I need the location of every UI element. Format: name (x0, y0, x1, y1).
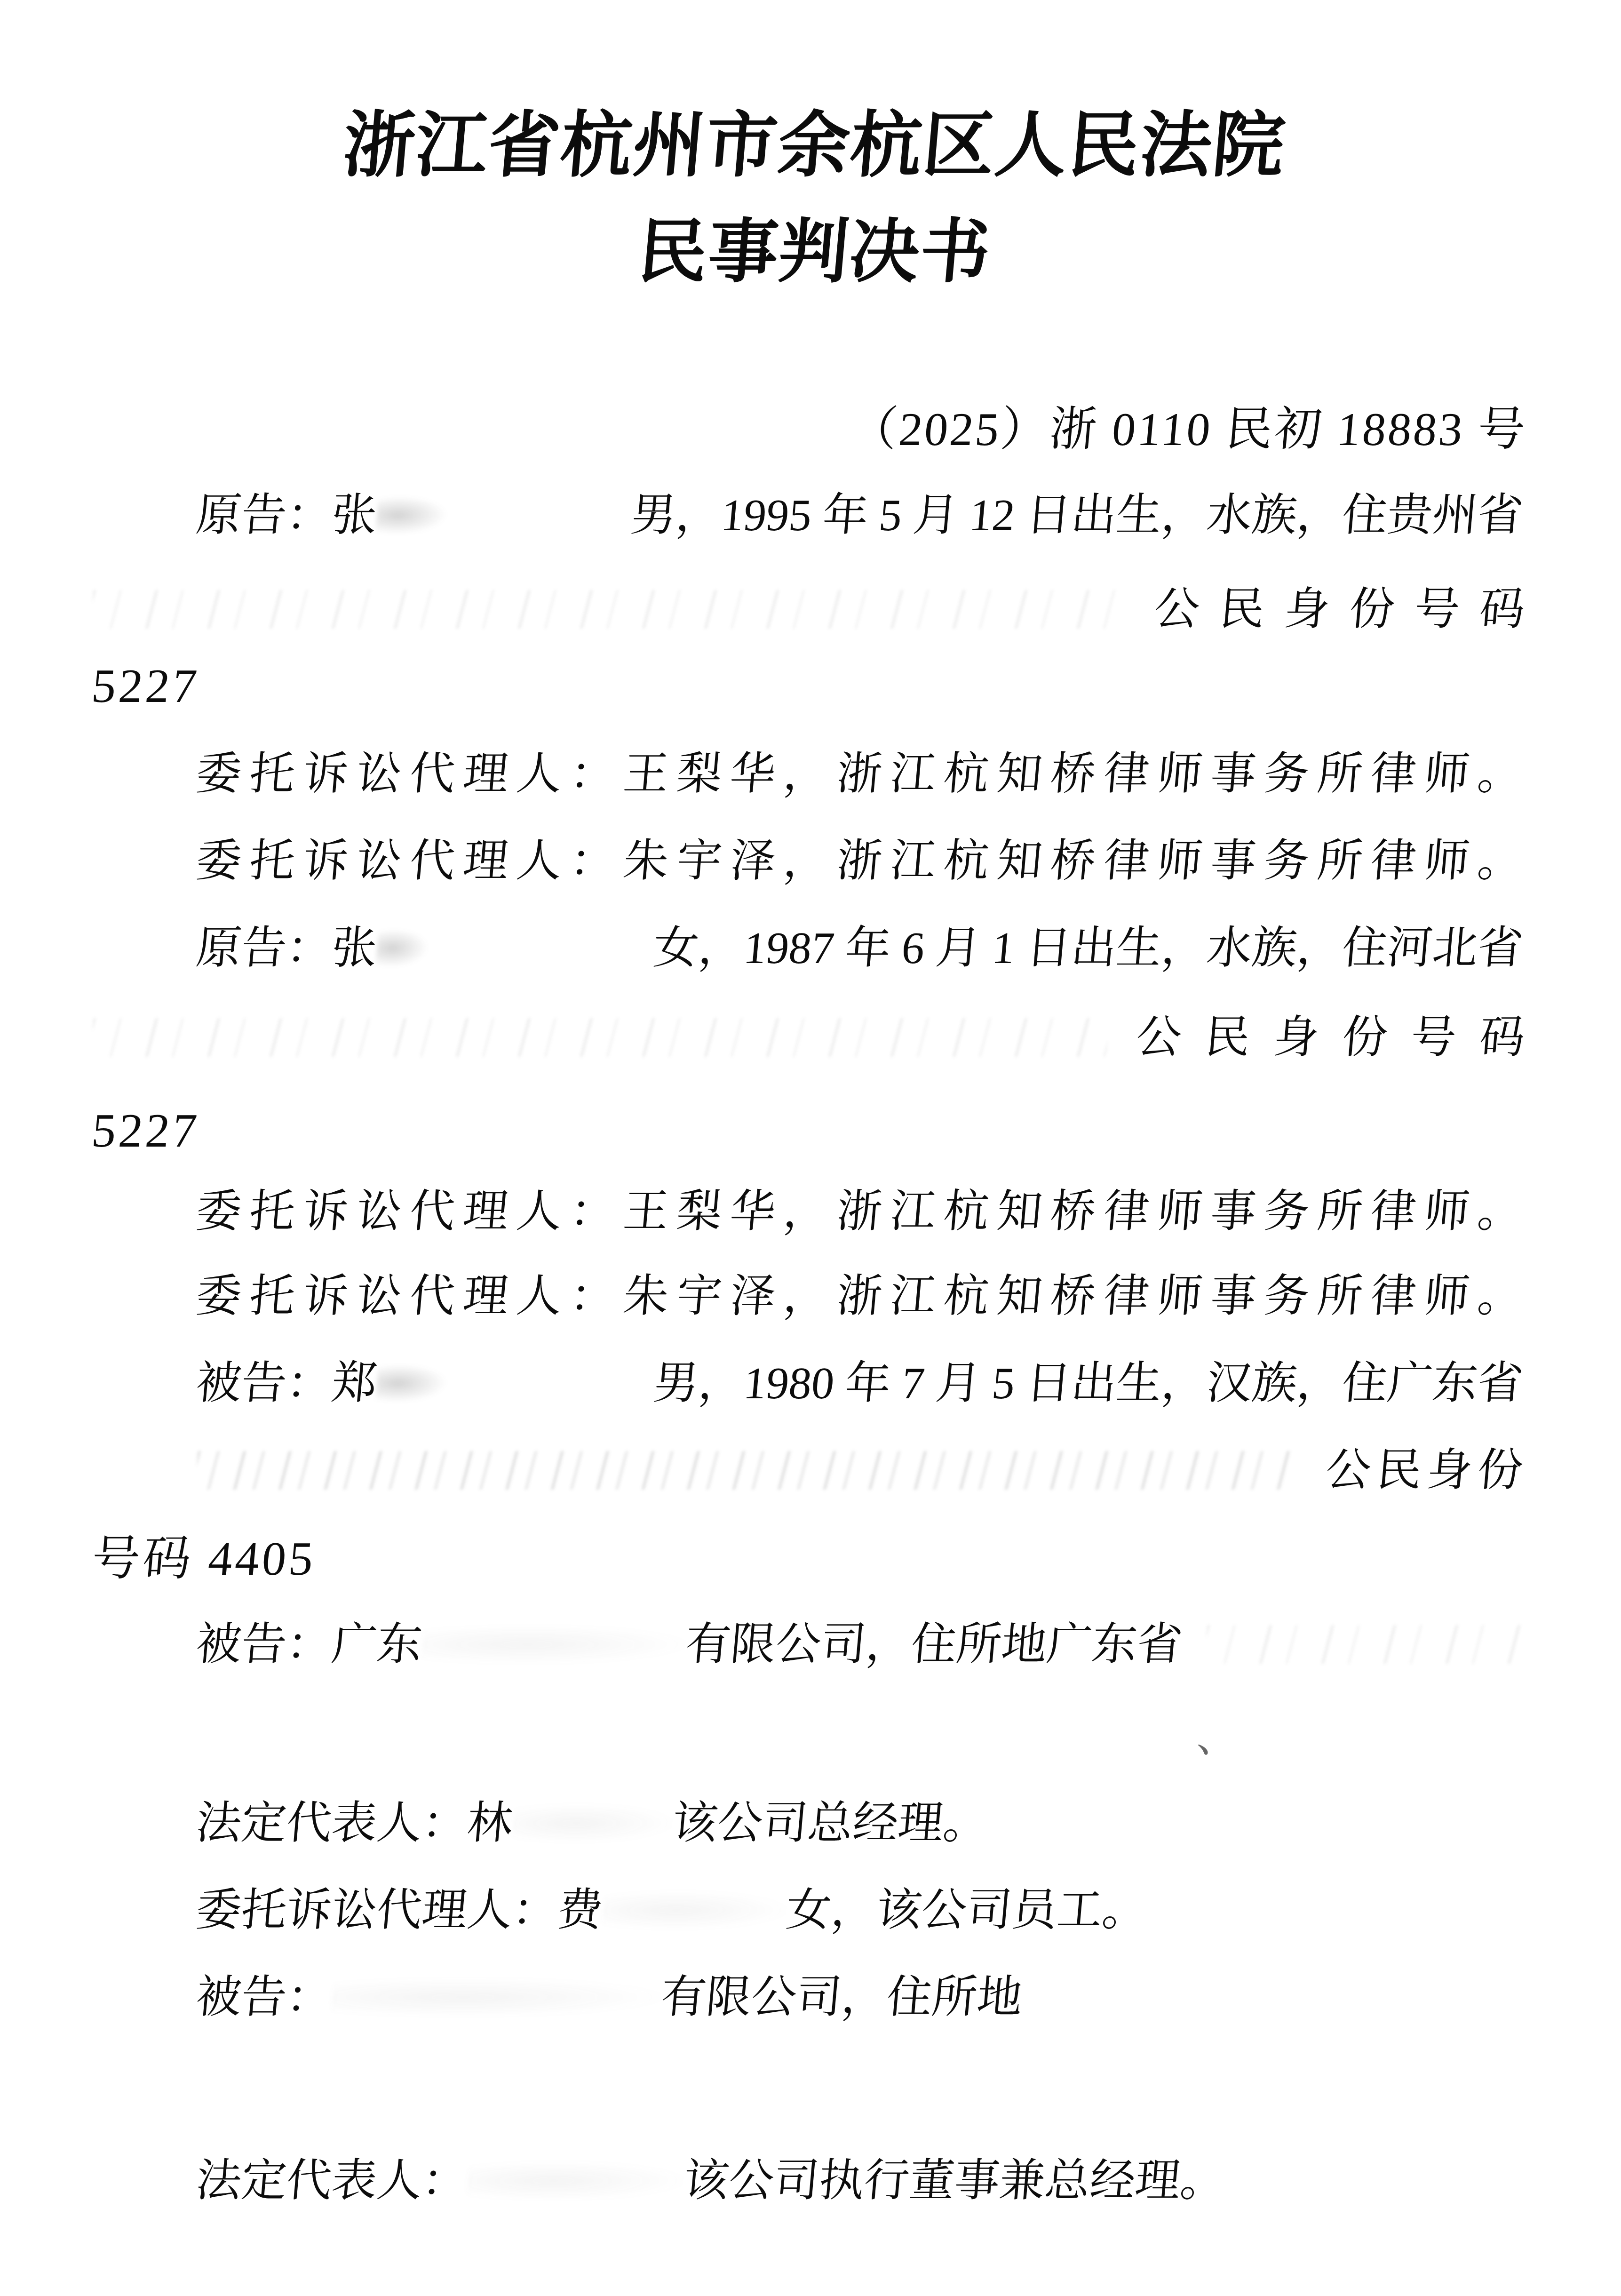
defendant2-rep-info: 该公司总经理。 (670, 1795, 991, 1851)
redacted-name-smudge (375, 496, 449, 534)
agent2-line: 委托诉讼代理人：朱宇泽，浙江杭知桥律师事务所律师。 (194, 833, 1525, 889)
defendant2-rep-line: 法定代表人：林 该公司总经理。 (194, 1795, 1525, 1851)
stray-punctuation-mark: 、 (1195, 1713, 1241, 1764)
plaintiff1-info: 男，1995 年 5 月 12 日出生，水族，住贵州省 (628, 487, 1525, 543)
defendant1-id-line: 公民身份 (194, 1442, 1525, 1499)
redacted-company-name (330, 1978, 663, 2017)
defendant2-agent-line: 委托诉讼代理人：费 女，该公司员工。 (194, 1882, 1525, 1938)
defendant3-rep-info: 该公司执行董事兼总经理。 (681, 2152, 1228, 2209)
redacted-address-ghost (90, 1018, 1110, 1057)
defendant2-rep-label: 法定代表人：林 (194, 1795, 515, 1851)
agent3-line: 委托诉讼代理人：王梨华，浙江杭知桥律师事务所律师。 (194, 1183, 1525, 1240)
defendant3-line: 被告： 有限公司，住所地 (194, 1969, 1525, 2025)
defendant2-info: 有限公司，住所地广东省 (683, 1616, 1184, 1673)
plaintiff2-id-label: 公民身份号码 (1134, 1009, 1550, 1066)
plaintiff2-label: 原告：张 (194, 920, 379, 976)
redacted-name-gap (511, 1804, 674, 1842)
plaintiff1-line: 原告：张 男，1995 年 5 月 12 日出生，水族，住贵州省 (194, 487, 1525, 543)
agent4-line: 委托诉讼代理人：朱宇泽，浙江杭知桥律师事务所律师。 (194, 1268, 1525, 1324)
plaintiff1-label: 原告：张 (194, 487, 379, 543)
redacted-name-smudge (375, 1364, 449, 1403)
defendant1-label: 被告：郑 (194, 1355, 379, 1411)
defendant3-label: 被告： (194, 1969, 334, 2025)
court-name: 浙江省杭州市余杭区人民法院 (0, 101, 1621, 191)
plaintiff2-line: 原告：张 女，1987 年 6 月 1 日出生，水族，住河北省 (194, 920, 1525, 976)
defendant2-line: 被告：广东 有限公司，住所地广东省 (194, 1616, 1525, 1673)
agent1-line: 委托诉讼代理人：王梨华，浙江杭知桥律师事务所律师。 (194, 746, 1525, 802)
case-number: （2025）浙 0110 民初 18883 号 (848, 400, 1529, 459)
defendant1-id-label: 公民身份 (1323, 1442, 1531, 1499)
redacted-address-ghost (195, 1451, 1300, 1490)
plaintiff1-id-number: 5227 (89, 656, 202, 717)
redacted-name-gap (466, 2161, 685, 2200)
defendant3-info: 有限公司，住所地 (659, 1969, 1025, 2025)
redacted-address-ghost (1204, 1625, 1525, 1664)
redacted-address-ghost (90, 590, 1128, 629)
plaintiff1-id-line: 公民身份号码 (89, 581, 1527, 638)
defendant2-label: 被告：广东 (194, 1616, 424, 1673)
defendant3-rep-label: 法定代表人： (194, 2152, 469, 2209)
redacted-name-gap (601, 1891, 788, 1929)
plaintiff2-info: 女，1987 年 6 月 1 日出生，水族，住河北省 (651, 920, 1525, 976)
plaintiff2-id-number: 5227 (89, 1101, 202, 1161)
redacted-name-smudge (375, 929, 430, 967)
defendant1-line: 被告：郑 男，1980 年 7 月 5 日出生，汉族，住广东省 (194, 1355, 1525, 1411)
document-type: 民事判决书 (0, 209, 1621, 296)
defendant3-rep-line: 法定代表人： 该公司执行董事兼总经理。 (194, 2152, 1525, 2209)
plaintiff1-id-label: 公民身份号码 (1152, 581, 1547, 638)
defendant2-agent-info: 女，该公司员工。 (784, 1882, 1150, 1938)
defendant1-id-number: 号码 4405 (89, 1529, 318, 1589)
defendant1-info: 男，1980 年 7 月 5 日出生，汉族，住广东省 (651, 1355, 1525, 1411)
redacted-company-name (421, 1625, 687, 1664)
judgment-document-page: 浙江省杭州市余杭区人民法院 民事判决书 （2025）浙 0110 民初 1888… (0, 0, 1621, 2296)
plaintiff2-id-line: 公民身份号码 (89, 1009, 1527, 1066)
defendant2-agent-label: 委托诉讼代理人：费 (194, 1882, 605, 1938)
